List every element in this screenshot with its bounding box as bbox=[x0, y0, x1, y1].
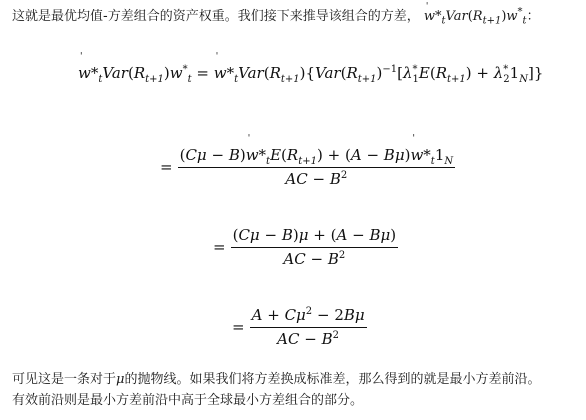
denominator: AC − B2 bbox=[250, 327, 367, 348]
fraction-3: (Cμ − B)μ + (A − Bμ) AC − B2 bbox=[232, 226, 398, 268]
numerator: (Cμ − B)w*'tE(Rt+1) + (A − Bμ)w*'t1N bbox=[179, 146, 455, 167]
denominator: AC − B2 bbox=[231, 247, 399, 268]
intro-text: 这就是最优均值-方差组合的资产权重。我们接下来推导该组合的方差， bbox=[12, 9, 420, 24]
intro-paragraph: 这就是最优均值-方差组合的资产权重。我们接下来推导该组合的方差， w*'tVar… bbox=[12, 7, 540, 27]
fraction-2: (Cμ − B)w*'tE(Rt+1) + (A − Bμ)w*'t1N AC … bbox=[179, 146, 455, 188]
conclusion-line-1: 可见这是一条对于μ的抛物线。如果我们将方差换成标准差，那么得到的就是最小方差前沿… bbox=[12, 370, 540, 390]
intro-math: w*'tVar(Rt+1)w*t： bbox=[424, 9, 540, 24]
conclusion-line-2: 有效前沿则是最小方差前沿中高于全球最小方差组合的部分。 bbox=[12, 391, 363, 411]
numerator: A + Cμ2 − 2Bμ bbox=[251, 306, 366, 327]
equation-3: = (Cμ − B)μ + (A − Bμ) AC − B2 bbox=[213, 226, 397, 268]
denominator: AC − B2 bbox=[178, 167, 456, 188]
numerator: (Cμ − B)μ + (A − Bμ) bbox=[232, 226, 398, 247]
fraction-4: A + Cμ2 − 2Bμ AC − B2 bbox=[251, 306, 366, 348]
equation-2: = (Cμ − B)w*'tE(Rt+1) + (A − Bμ)w*'t1N A… bbox=[160, 146, 454, 188]
equation-1: w*'tVar(Rt+1)w*t = w*'tVar(Rt+1){Var(Rt+… bbox=[78, 64, 543, 82]
equation-4: = A + Cμ2 − 2Bμ AC − B2 bbox=[232, 306, 366, 348]
